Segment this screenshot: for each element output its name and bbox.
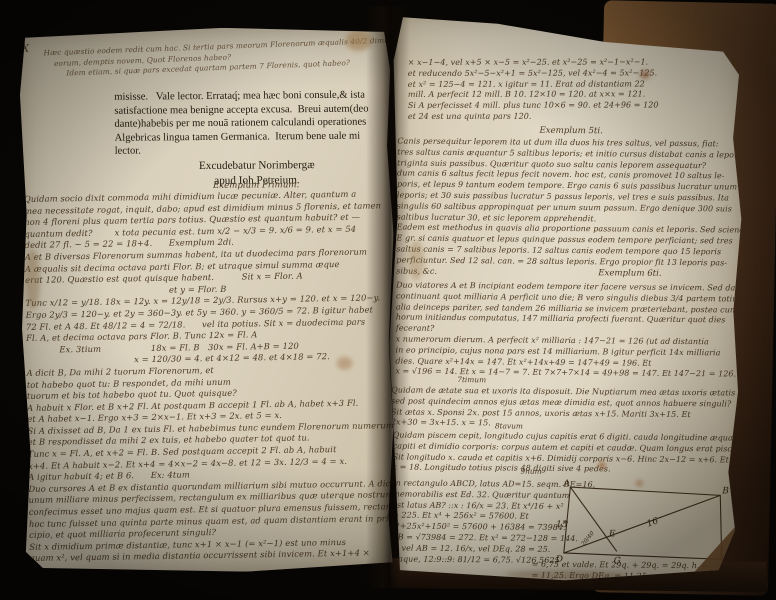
heading-exemplum-5: Exemplum 5ti. [539,126,603,137]
manuscript-line: × x−1−4, vel x+5 × x−5 = x²−25. et x²−25… [408,57,659,68]
manuscript-line: et 24 est una quinta pars 120. [408,111,659,122]
vertex-d-label: D [556,555,563,565]
side-measure-15: 15 [556,520,568,530]
vertex-b-label: B [721,486,729,496]
vertex-a-label: A [562,479,570,489]
rectangle-abcd [564,487,723,559]
right-notes-block-5: Quidam piscem cepit, longitudo cujus cap… [392,430,746,476]
printed-line: lector. [115,143,401,159]
point-g-label: G [614,556,621,566]
right-notes-block-2: Canis persequitur leporem ita ut dum ill… [396,137,758,281]
right-notes-block-3: Duo viatores A et B incipiant eodem temp… [395,281,750,381]
manuscript-line: mill. A perfecit 12 mill. B 10. 12×10 = … [408,90,659,101]
top-marginalia: Hæc quæstio eodem redit cum hac. Si tert… [43,35,399,79]
manuscript-line: et x² = 125−4 = 121. x igitur = 11. Erat… [408,79,659,90]
heading-exemplum-9: 9num [520,467,541,476]
book-photograph: X Hæc quæstio eodem redit cum hac. Si te… [0,0,776,600]
left-page: X Hæc quæstio eodem redit cum hac. Si te… [16,26,397,573]
left-page-notes: Quidam socio dixit commoda mihi dimidium… [24,188,419,565]
manuscript-line: 2x+30 = 3x+15. x = 15. [391,418,776,432]
manuscript-line: x = √196 = 14. Et x = 14−7 = 7. Et 7×7+7… [395,367,749,381]
right-page: × x−1−4, vel x+5 × x−5 = x²−25. et x²−25… [385,8,748,587]
manuscript-line: Si A perfecisset 4 mill. plus tunc 10×6 … [408,101,659,112]
printed-paragraph: misisse. Vale lector. Errataq́; mea hæc … [114,88,401,158]
corner-mark: X [22,44,29,55]
point-e-label: E [608,529,616,539]
fraction-label: 20/40 [580,530,596,548]
right-notes-block-1: × x−1−4, vel x+5 × x−5 = x²−25. et x²−25… [408,57,659,122]
manuscript-line: et reducendo 5x²−5−x²+1 = 5x²−125, vel 4… [408,68,659,79]
heading-exemplum-6: Exemplum 6ti. [598,268,662,279]
line-d-b [564,494,721,554]
rectangle-diagram: A B C D E G 15 16 20/40 [556,478,735,570]
heading-exemplum-8: 8tavum [495,421,523,430]
heading-exemplum-7: 7timum [457,375,486,384]
right-notes-block-4: Quidam de ætate sua et uxoris ita dispos… [391,385,776,432]
